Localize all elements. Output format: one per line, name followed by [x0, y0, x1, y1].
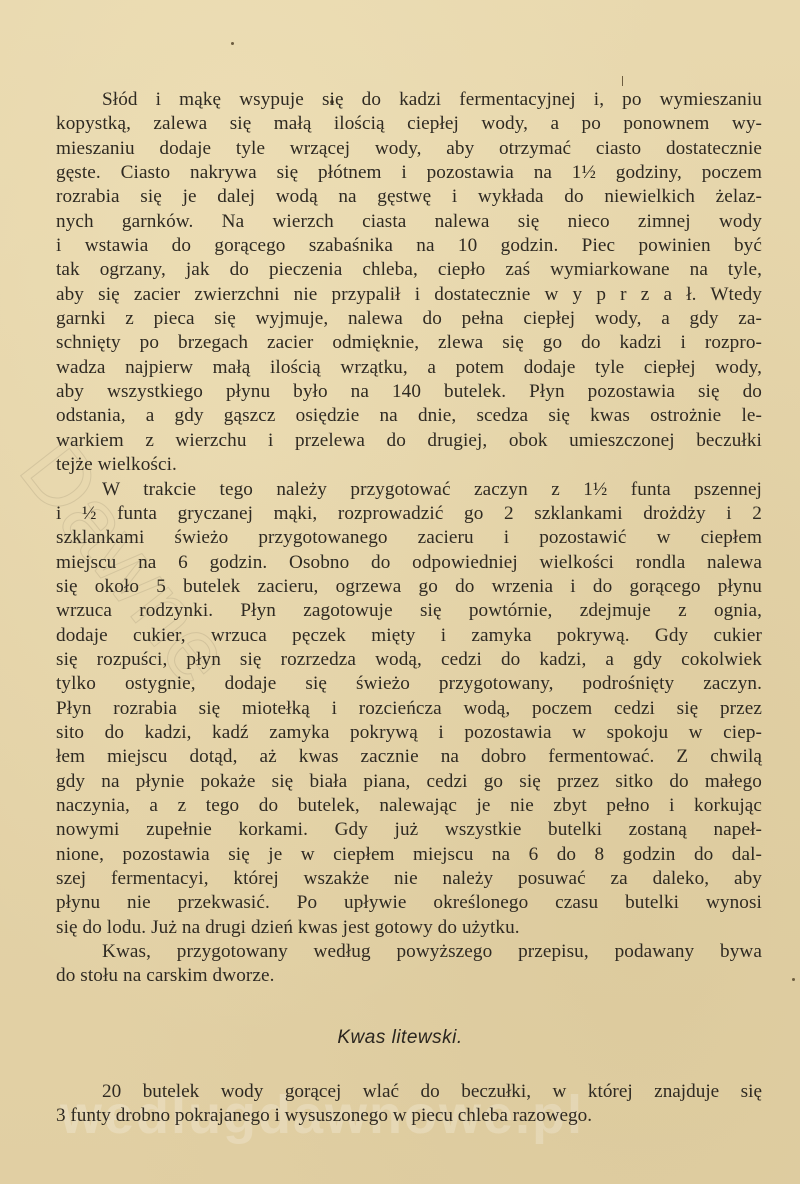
text-line: warkiem z wierzchu i przelewa do drugiej…	[56, 429, 762, 453]
paper-speck	[792, 978, 795, 981]
text-line: wrzuca rodzynki. Płyn zagotowuje się pow…	[56, 599, 762, 623]
text-line: wadza najpierw małą ilością wrzątku, a p…	[56, 356, 762, 380]
text-line: płynu nie przekwasić. Po upływie określo…	[56, 891, 762, 915]
text-line: się rozpuści, płyn się rozrzedza wodą, c…	[56, 648, 762, 672]
text-line: nych garnków. Na wierzch ciasta nalewa s…	[56, 210, 762, 234]
text-line: szej fermentacyi, której wszakże nie nal…	[56, 867, 762, 891]
text-line: kopystką, zalewa się małą ilością ciepłe…	[56, 112, 762, 136]
text-line: sito do kadzi, kadź zamyka pokrywą i poz…	[56, 721, 762, 745]
paragraph-2: W trakcie tego należy przygotować zaczyn…	[56, 478, 762, 941]
text-line: tak ogrzany, jak do pieczenia chleba, ci…	[56, 258, 762, 282]
text-line: odstania, a gdy gąszcz osiędzie na dnie,…	[56, 404, 762, 428]
text-line: Płyn rozrabia się miotełką i rozcieńcza …	[56, 697, 762, 721]
text-line: rozrabia się je dalej wodą na gęstwę i w…	[56, 185, 762, 209]
text-line: schnięty po brzegach zacier odmięknie, z…	[56, 331, 762, 355]
text-line: szklankami świeżo przygotowanego zacieru…	[56, 526, 762, 550]
text-line: naczynia, a z tego do butelek, nalewając…	[56, 794, 762, 818]
section-heading: Kwas litewski.	[0, 1027, 800, 1049]
text-line: aby wszystkiego płynu było na 140 butele…	[56, 380, 762, 404]
text-line: się do lodu. Już na drugi dzień kwas jes…	[56, 916, 762, 940]
text-line: 20 butelek wody gorącej wlać do beczułki…	[56, 1080, 762, 1104]
main-text: Słód i mąkę wsypuje się do kadzi ferment…	[56, 88, 762, 989]
text-line: W trakcie tego należy przygotować zaczyn…	[56, 478, 762, 502]
text-line: 3 funty drobno pokrajanego i wysuszonego…	[56, 1104, 762, 1128]
text-line: mieszaniu dodaje tyle wrzącej wody, aby …	[56, 137, 762, 161]
text-line: nowymi zupełnie korkami. Gdy już wszystk…	[56, 818, 762, 842]
print-mark	[622, 76, 623, 86]
scanned-book-page: Dawne Słód i mąkę wsypuje się do kadzi f…	[0, 0, 800, 1184]
text-line: dodaje cukier, wrzuca pęczek mięty i zam…	[56, 624, 762, 648]
text-line: łem miejscu dotąd, aż kwas zacznie na do…	[56, 745, 762, 769]
text-line: Kwas, przygotowany według powyższego prz…	[56, 940, 762, 964]
section-text: 20 butelek wody gorącej wlać do beczułki…	[56, 1080, 762, 1129]
text-line: nione, pozostawia się je w ciepłem miejs…	[56, 843, 762, 867]
text-line: aby się zacier zwierzchni nie przypalił …	[56, 283, 762, 307]
text-line: garnki z pieca się wyjmuje, nalewa do pe…	[56, 307, 762, 331]
text-line: miejscu na 6 godzin. Osobno do odpowiedn…	[56, 551, 762, 575]
text-line: Słód i mąkę wsypuje się do kadzi ferment…	[56, 88, 762, 112]
text-line: się około 5 butelek zacieru, ogrzewa go …	[56, 575, 762, 599]
text-line: i ½ funta gryczanej mąki, rozprowadzić g…	[56, 502, 762, 526]
text-line: i wstawia do gorącego szabaśnika na 10 g…	[56, 234, 762, 258]
text-line: do stołu na carskim dworze.	[56, 964, 762, 988]
paragraph-1: Słód i mąkę wsypuje się do kadzi ferment…	[56, 88, 762, 478]
text-line: gdy na płynie pokaże się biała piana, ce…	[56, 770, 762, 794]
text-line: gęste. Ciasto nakrywa się płótnem i pozo…	[56, 161, 762, 185]
text-line: tejże wielkości.	[56, 453, 762, 477]
paragraph-3: Kwas, przygotowany według powyższego prz…	[56, 940, 762, 989]
text-line: tylko ostygnie, dodaje się świeżo przygo…	[56, 672, 762, 696]
paper-speck	[231, 42, 234, 45]
